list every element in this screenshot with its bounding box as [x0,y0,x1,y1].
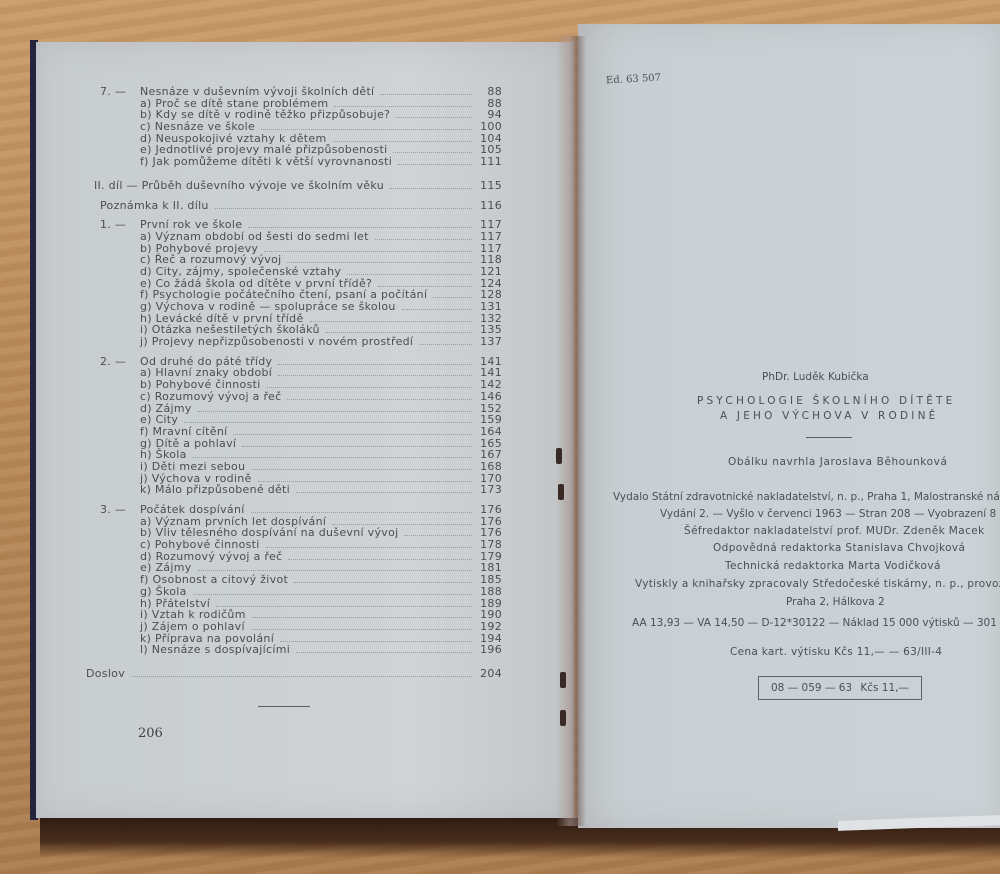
toc-entry: d) City, zájmy, společenské vztahy121 [100,266,502,278]
toc-leader-dots [333,141,472,142]
toc-leader-dots [347,274,472,275]
publisher-line: Vydalo Státní zdravotnické nakladatelstv… [613,491,1000,503]
toc-page-number: 117 [476,231,502,243]
toc-entry: f) Jak pomůžeme dítěti k větší vyrovnano… [100,156,502,168]
toc-leader-dots [267,387,472,388]
toc-leader-dots [258,481,472,482]
publication-codes: AA 13,93 — VA 14,50 — D-12*30122 — Nákla… [632,617,1000,629]
toc-entry-label: 3. —Počátek dospívání [100,504,249,516]
toc-leader-dots [296,652,472,653]
toc-leader-dots [215,208,472,209]
price-box-price: Kčs 11,— [860,682,909,694]
toc-entry: f) Mravní cítění164 [100,426,502,438]
edition-info: Vydání 2. — Vyšlo v červenci 1963 — Stra… [660,508,996,520]
toc-leader-dots [287,262,472,263]
chief-editor: Šéfredaktor nakladatelství prof. MUDr. Z… [684,525,985,537]
toc-page-number: 116 [476,200,502,212]
book-author: PhDr. Luděk Kubička [762,371,869,383]
toc-entry: j) Projevy nepřizpůsobenosti v novém pro… [100,336,502,348]
toc-entry: j) Zájem o pohlaví192 [100,621,502,633]
toc-leader-dots [252,617,472,618]
toc-entry: c) Nesnáze ve škole100 [100,121,502,133]
responsible-editor: Odpovědná redaktorka Stanislava Chvojkov… [713,542,965,554]
divider-rule [806,437,852,438]
toc-entry-title: c) Rozumový vývoj a řeč [100,391,285,403]
toc-leader-dots [280,641,472,642]
toc-entry-title: k) Málo přizpůsobené děti [100,484,294,496]
toc-entry-title: f) Mravní cítění [100,426,231,438]
toc-page-number: 164 [476,426,502,438]
toc-leader-dots [278,375,472,376]
page-number: 206 [138,726,163,741]
toc-leader-dots [242,446,472,447]
toc-leader-dots [375,239,472,240]
toc-leader-dots [131,676,472,677]
toc-entry: 3. —Počátek dospívání176 [100,504,502,516]
toc-leader-dots [380,94,472,95]
toc-entry-title: j) Zájem o pohlaví [100,621,249,633]
toc-entry: II. díl — Průběh duševního vývoje ve ško… [100,180,502,192]
toc-leader-dots [193,457,472,458]
toc-page-number: 115 [476,180,502,192]
toc-page-number: 188 [476,586,502,598]
table-of-contents: 7. —Nesnáze v duševním vývoji školních d… [100,86,502,680]
toc-entry-title: a) Význam období od šesti do sedmi let [100,231,373,243]
book-title-line-2: A JEHO VÝCHOVA V RODINĚ [720,410,938,422]
divider-rule [258,706,310,707]
printer-address: Praha 2, Hálkova 2 [786,596,885,608]
price-box: 08 — 059 — 63 Kčs 11,— [758,676,922,700]
toc-entry-title: j) Projevy nepřizpůsobenosti v novém pro… [100,336,417,348]
price-box-code: 08 — 059 — 63 [771,682,852,694]
toc-entry-title: g) Výchova v rodině — spolupráce se škol… [100,301,400,313]
toc-entry-title: l) Nesnáze s dospívajícími [100,644,294,656]
toc-leader-dots [398,164,472,165]
toc-page-number: 131 [476,301,502,313]
toc-page-number: 111 [476,156,502,168]
toc-leader-dots [216,606,472,607]
toc-page-number: 192 [476,621,502,633]
toc-leader-dots [193,594,472,595]
toc-leader-dots [251,469,472,470]
toc-entry: a) Význam období od šesti do sedmi let11… [100,231,502,243]
book-gutter [556,36,586,826]
toc-chapter-number: 3. — [100,504,140,516]
toc-leader-dots [433,297,472,298]
toc-entry: g) Výchova v rodině — spolupráce se škol… [100,301,502,313]
printer-line: Vytiskly a knihařsky zpracovaly Středoče… [635,578,1000,590]
toc-page-number: 176 [476,504,502,516]
toc-leader-dots [294,582,472,583]
toc-page-number: 146 [476,391,502,403]
toc-entry: 7. —Nesnáze v duševním vývoji školních d… [100,86,502,98]
toc-page-number: 137 [476,336,502,348]
toc-leader-dots [396,117,472,118]
toc-entry-title: i) Děti mezi sebou [100,461,249,473]
toc-page-number: 173 [476,484,502,496]
toc-leader-dots [266,547,472,548]
toc-page-number: 100 [476,121,502,133]
book-title-line-1: PSYCHOLOGIE ŠKOLNÍHO DÍTĚTE [697,395,956,407]
toc-leader-dots [248,227,472,228]
toc-leader-dots [184,422,472,423]
toc-leader-dots [264,251,472,252]
toc-entry: c) Pohybové činnosti178 [100,539,502,551]
toc-leader-dots [404,535,472,536]
binding-staple [558,484,564,500]
toc-page-number: 168 [476,461,502,473]
toc-leader-dots [393,152,472,153]
toc-leader-dots [326,332,472,333]
toc-page-number: 204 [476,668,502,680]
cover-credit: Obálku navrhla Jaroslava Běhounková [728,456,948,468]
toc-entry-title: II. díl — Průběh duševního vývoje ve ško… [94,180,388,192]
binding-staple [560,672,566,688]
toc-leader-dots [278,364,472,365]
binding-staple [556,448,562,464]
toc-entry: l) Nesnáze s dospívajícími196 [100,644,502,656]
toc-entry-title: g) Škola [100,586,191,598]
toc-leader-dots [296,492,472,493]
technical-editor: Technická redaktorka Marta Vodičková [725,560,941,572]
toc-entry: Poznámka k II. dílu116 [100,200,502,212]
price-line: Cena kart. výtisku Kčs 11,— — 63/III-4 [730,646,942,658]
toc-leader-dots [198,570,472,571]
toc-leader-dots [419,344,472,345]
toc-leader-dots [287,399,472,400]
toc-chapter-number: 2. — [100,356,140,368]
toc-leader-dots [288,559,472,560]
binding-staple [560,710,566,726]
toc-leader-dots [390,188,472,189]
toc-chapter-number: 1. — [100,219,140,231]
toc-leader-dots [251,629,472,630]
toc-leader-dots [334,106,472,107]
toc-leader-dots [378,286,472,287]
toc-leader-dots [233,434,472,435]
toc-entry-title: Poznámka k II. dílu [100,200,213,212]
toc-entry-title: f) Osobnost a citový život [100,574,292,586]
toc-entry-title: Doslov [86,668,129,680]
toc-chapter-number: 7. — [100,86,140,98]
toc-entry-title: c) Nesnáze ve škole [100,121,259,133]
toc-leader-dots [251,512,472,513]
toc-entry: i) Děti mezi sebou168 [100,461,502,473]
toc-entry-title: f) Jak pomůžeme dítěti k větší vyrovnano… [100,156,396,168]
toc-entry: g) Škola188 [100,586,502,598]
toc-leader-dots [261,129,472,130]
toc-entry: c) Rozumový vývoj a řeč146 [100,391,502,403]
toc-leader-dots [198,411,472,412]
toc-leader-dots [310,321,472,322]
toc-page-number: 121 [476,266,502,278]
toc-entry: Doslov204 [100,668,502,680]
toc-entry-title: c) Pohybové činnosti [100,539,264,551]
toc-entry: k) Málo přizpůsobené děti173 [100,484,502,496]
toc-page-number: 88 [476,86,502,98]
toc-entry-title: d) City, zájmy, společenské vztahy [100,266,345,278]
toc-entry-label: 7. —Nesnáze v duševním vývoji školních d… [100,86,378,98]
right-page [578,24,1000,828]
toc-page-number: 178 [476,539,502,551]
toc-entry-title: d) Rozumový vývoj a řeč [100,551,286,563]
toc-leader-dots [402,309,472,310]
toc-page-number: 196 [476,644,502,656]
toc-leader-dots [332,524,472,525]
